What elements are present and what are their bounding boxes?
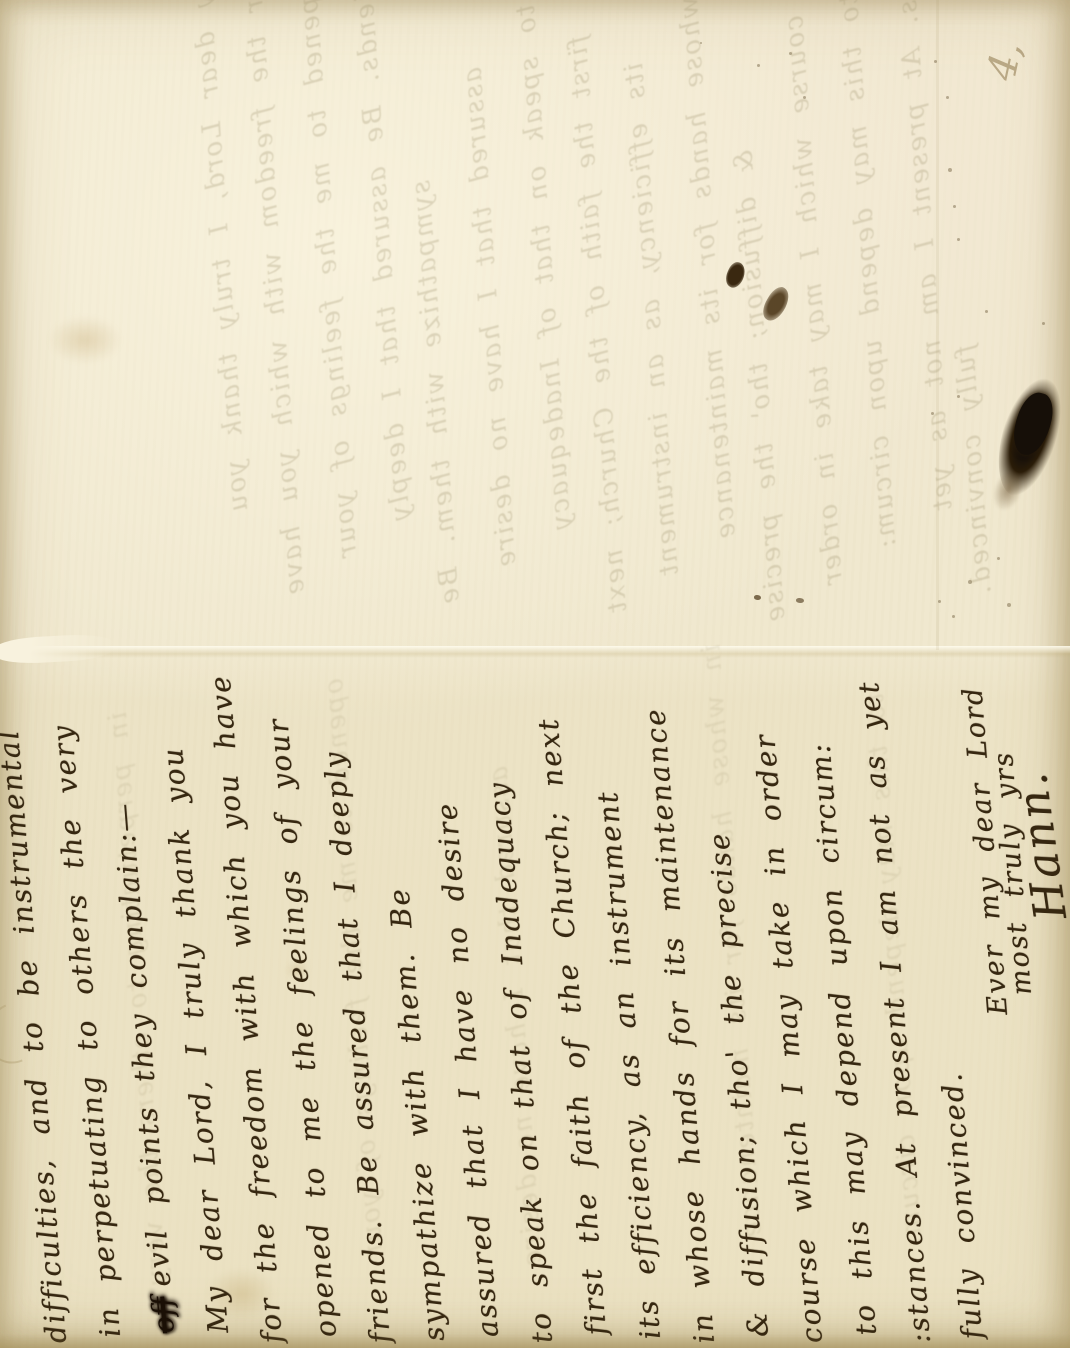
ghost-line: assured that I have no desire xyxy=(459,66,523,569)
letter-text-block: difficulties, and to be instrumentalin p… xyxy=(0,646,1070,1346)
ghost-line: sympathize with them. Be xyxy=(407,180,465,607)
letter-line: sympathize with them. Be xyxy=(384,886,450,1342)
ghost-line: course which I may take in order xyxy=(780,15,848,588)
ghost-line: fully convinced. xyxy=(951,344,997,597)
ghost-line: :stances. At present I am not as yet xyxy=(886,0,958,513)
ghost-line: its efficiency, as an instrument xyxy=(620,62,684,578)
letter-line: fully convinced. xyxy=(937,1070,989,1340)
ghost-line: in whose hands for its maintenance xyxy=(671,0,741,541)
struck-out-word: off xyxy=(145,1295,181,1334)
ghost-line: friends. Be assured that I deeply xyxy=(349,0,416,523)
ghost-writing-top: My dear Lord, I truly thank youfor the f… xyxy=(0,45,1070,645)
letter-page: 4, My dear Lord, I truly thank youfor th… xyxy=(0,0,1070,1348)
ghost-line: & diffusion; tho' the precise xyxy=(729,149,791,624)
ghost-line: opened to me the feelings of your xyxy=(294,0,363,560)
page-bottom-edge xyxy=(0,1334,1070,1348)
ghost-line: to this may depend upon circum: xyxy=(835,0,902,550)
